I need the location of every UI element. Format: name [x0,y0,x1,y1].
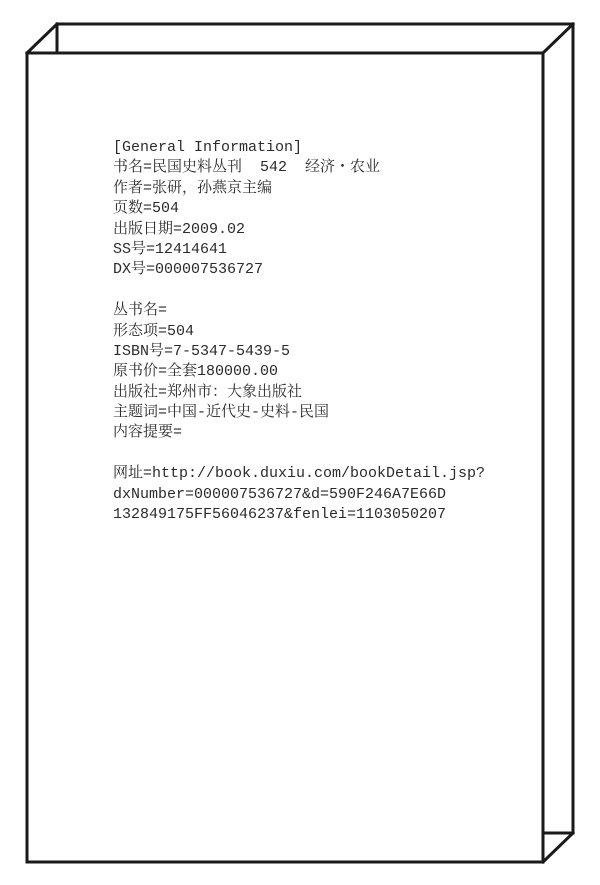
url-line-1: 网址=http://book.duxiu.com/bookDetail.jsp? [113,464,533,484]
subject-terms-line: 主题词=中国-近代史-史料-民国 [113,403,533,423]
page-count-line: 页数=504 [113,199,533,219]
format-item-line: 形态项=504 [113,322,533,342]
book-top-left-diagonal [27,24,57,53]
book-bottom-right-diagonal [543,833,573,862]
url-block: 网址=http://book.duxiu.com/bookDetail.jsp?… [113,464,533,525]
catalog-details-block: 丛书名= 形态项=504 ISBN号=7-5347-5439-5 原书价=全套1… [113,301,533,444]
original-price-line: 原书价=全套180000.00 [113,362,533,382]
book-title-line: 书名=民国史料丛刊 542 经济・农业 [113,158,533,178]
dx-number-line: DX号=000007536727 [113,260,533,280]
scanned-book-page: [General Information] 书名=民国史料丛刊 542 经济・农… [0,0,600,885]
book-metadata-text: [General Information] 书名=民国史料丛刊 542 经济・农… [113,138,533,525]
author-line: 作者=张研，孙燕京主编 [113,179,533,199]
general-information-block: [General Information] 书名=民国史料丛刊 542 经济・农… [113,138,533,281]
abstract-line: 内容提要= [113,423,533,443]
ss-number-line: SS号=12414641 [113,240,533,260]
url-line-2: dxNumber=000007536727&d=590F246A7E66D [113,485,533,505]
url-line-3: 132849175FF56046237&fenlei=1103050207 [113,505,533,525]
publisher-line: 出版社=郑州市：大象出版社 [113,383,533,403]
series-name-line: 丛书名= [113,301,533,321]
general-information-header: [General Information] [113,138,533,158]
isbn-line: ISBN号=7-5347-5439-5 [113,342,533,362]
publish-date-line: 出版日期=2009.02 [113,220,533,240]
book-top-right-diagonal [543,24,573,53]
